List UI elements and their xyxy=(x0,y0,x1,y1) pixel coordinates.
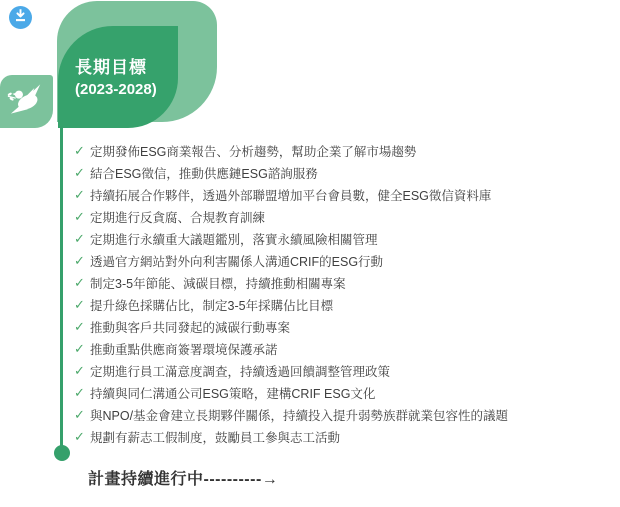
list-item: ✓定期進行員工滿意度調查，持續透過回饋調整管理政策 xyxy=(74,360,508,382)
goal-text: 持續與同仁溝通公司ESG策略，建構CRIF ESG文化 xyxy=(90,384,375,402)
check-icon: ✓ xyxy=(74,363,90,379)
goal-text: 定期進行員工滿意度調查，持續透過回饋調整管理政策 xyxy=(90,362,390,380)
check-icon: ✓ xyxy=(74,253,90,269)
goal-text: 結合ESG徵信，推動供應鏈ESG諮詢服務 xyxy=(90,164,318,182)
goal-text: 推動重點供應商簽署環境保護承諾 xyxy=(90,340,278,358)
check-icon: ✓ xyxy=(74,209,90,225)
list-item: ✓提升綠色採購佔比，制定3-5年採購佔比目標 xyxy=(74,294,508,316)
list-item: ✓推動與客戶共同發起的減碳行動專案 xyxy=(74,316,508,338)
page-title-years: (2023-2028) xyxy=(75,81,178,98)
goals-list: ✓定期發佈ESG商業報告、分析趨勢，幫助企業了解市場趨勢 ✓結合ESG徵信，推動… xyxy=(74,140,508,448)
list-item: ✓透過官方網站對外向利害關係人溝通CRIF的ESG行動 xyxy=(74,250,508,272)
goal-text: 制定3-5年節能、減碳目標，持續推動相關專案 xyxy=(90,274,346,292)
goal-text: 持續拓展合作夥伴，透過外部聯盟增加平台會員數，健全ESG徵信資料庫 xyxy=(90,186,491,204)
goal-text: 與NPO/基金會建立長期夥伴關係，持續投入提升弱勢族群就業包容性的議題 xyxy=(90,406,508,424)
list-item: ✓定期進行反貪腐、合規教育訓練 xyxy=(74,206,508,228)
check-icon: ✓ xyxy=(74,187,90,203)
list-item: ✓持續與同仁溝通公司ESG策略，建構CRIF ESG文化 xyxy=(74,382,508,404)
page-title: 長期目標 xyxy=(75,58,178,78)
check-icon: ✓ xyxy=(74,319,90,335)
dove-badge xyxy=(0,75,53,128)
download-button[interactable] xyxy=(9,6,32,29)
list-item: ✓結合ESG徵信，推動供應鏈ESG諮詢服務 xyxy=(74,162,508,184)
check-icon: ✓ xyxy=(74,429,90,445)
list-item: ✓制定3-5年節能、減碳目標，持續推動相關專案 xyxy=(74,272,508,294)
timeline-line xyxy=(60,126,63,448)
list-item: ✓推動重點供應商簽署環境保護承諾 xyxy=(74,338,508,360)
status-text: 計畫持續進行中----------→ xyxy=(88,466,278,489)
list-item: ✓規劃有薪志工假制度，鼓勵員工參與志工活動 xyxy=(74,426,508,448)
list-item: ✓定期進行永續重大議題鑑別，落實永續風險相關管理 xyxy=(74,228,508,250)
goal-text: 定期發佈ESG商業報告、分析趨勢，幫助企業了解市場趨勢 xyxy=(90,142,416,160)
check-icon: ✓ xyxy=(74,231,90,247)
check-icon: ✓ xyxy=(74,297,90,313)
goal-text: 提升綠色採購佔比，制定3-5年採購佔比目標 xyxy=(90,296,333,314)
check-icon: ✓ xyxy=(74,165,90,181)
check-icon: ✓ xyxy=(74,341,90,357)
goal-text: 規劃有薪志工假制度，鼓勵員工參與志工活動 xyxy=(90,428,340,446)
goal-text: 推動與客戶共同發起的減碳行動專案 xyxy=(90,318,290,336)
check-icon: ✓ xyxy=(74,275,90,291)
goal-text: 透過官方網站對外向利害關係人溝通CRIF的ESG行動 xyxy=(90,252,383,270)
dove-olive-branch-icon xyxy=(5,77,49,126)
list-item: ✓持續拓展合作夥伴，透過外部聯盟增加平台會員數，健全ESG徵信資料庫 xyxy=(74,184,508,206)
check-icon: ✓ xyxy=(74,143,90,159)
timeline-end-dot xyxy=(54,445,70,461)
list-item: ✓與NPO/基金會建立長期夥伴關係，持續投入提升弱勢族群就業包容性的議題 xyxy=(74,404,508,426)
goal-text: 定期進行反貪腐、合規教育訓練 xyxy=(90,208,265,226)
goal-text: 定期進行永續重大議題鑑別，落實永續風險相關管理 xyxy=(90,230,378,248)
list-item: ✓定期發佈ESG商業報告、分析趨勢，幫助企業了解市場趨勢 xyxy=(74,140,508,162)
download-icon xyxy=(9,4,32,32)
header-leaf: 長期目標 (2023-2028) xyxy=(58,26,178,128)
check-icon: ✓ xyxy=(74,385,90,401)
check-icon: ✓ xyxy=(74,407,90,423)
